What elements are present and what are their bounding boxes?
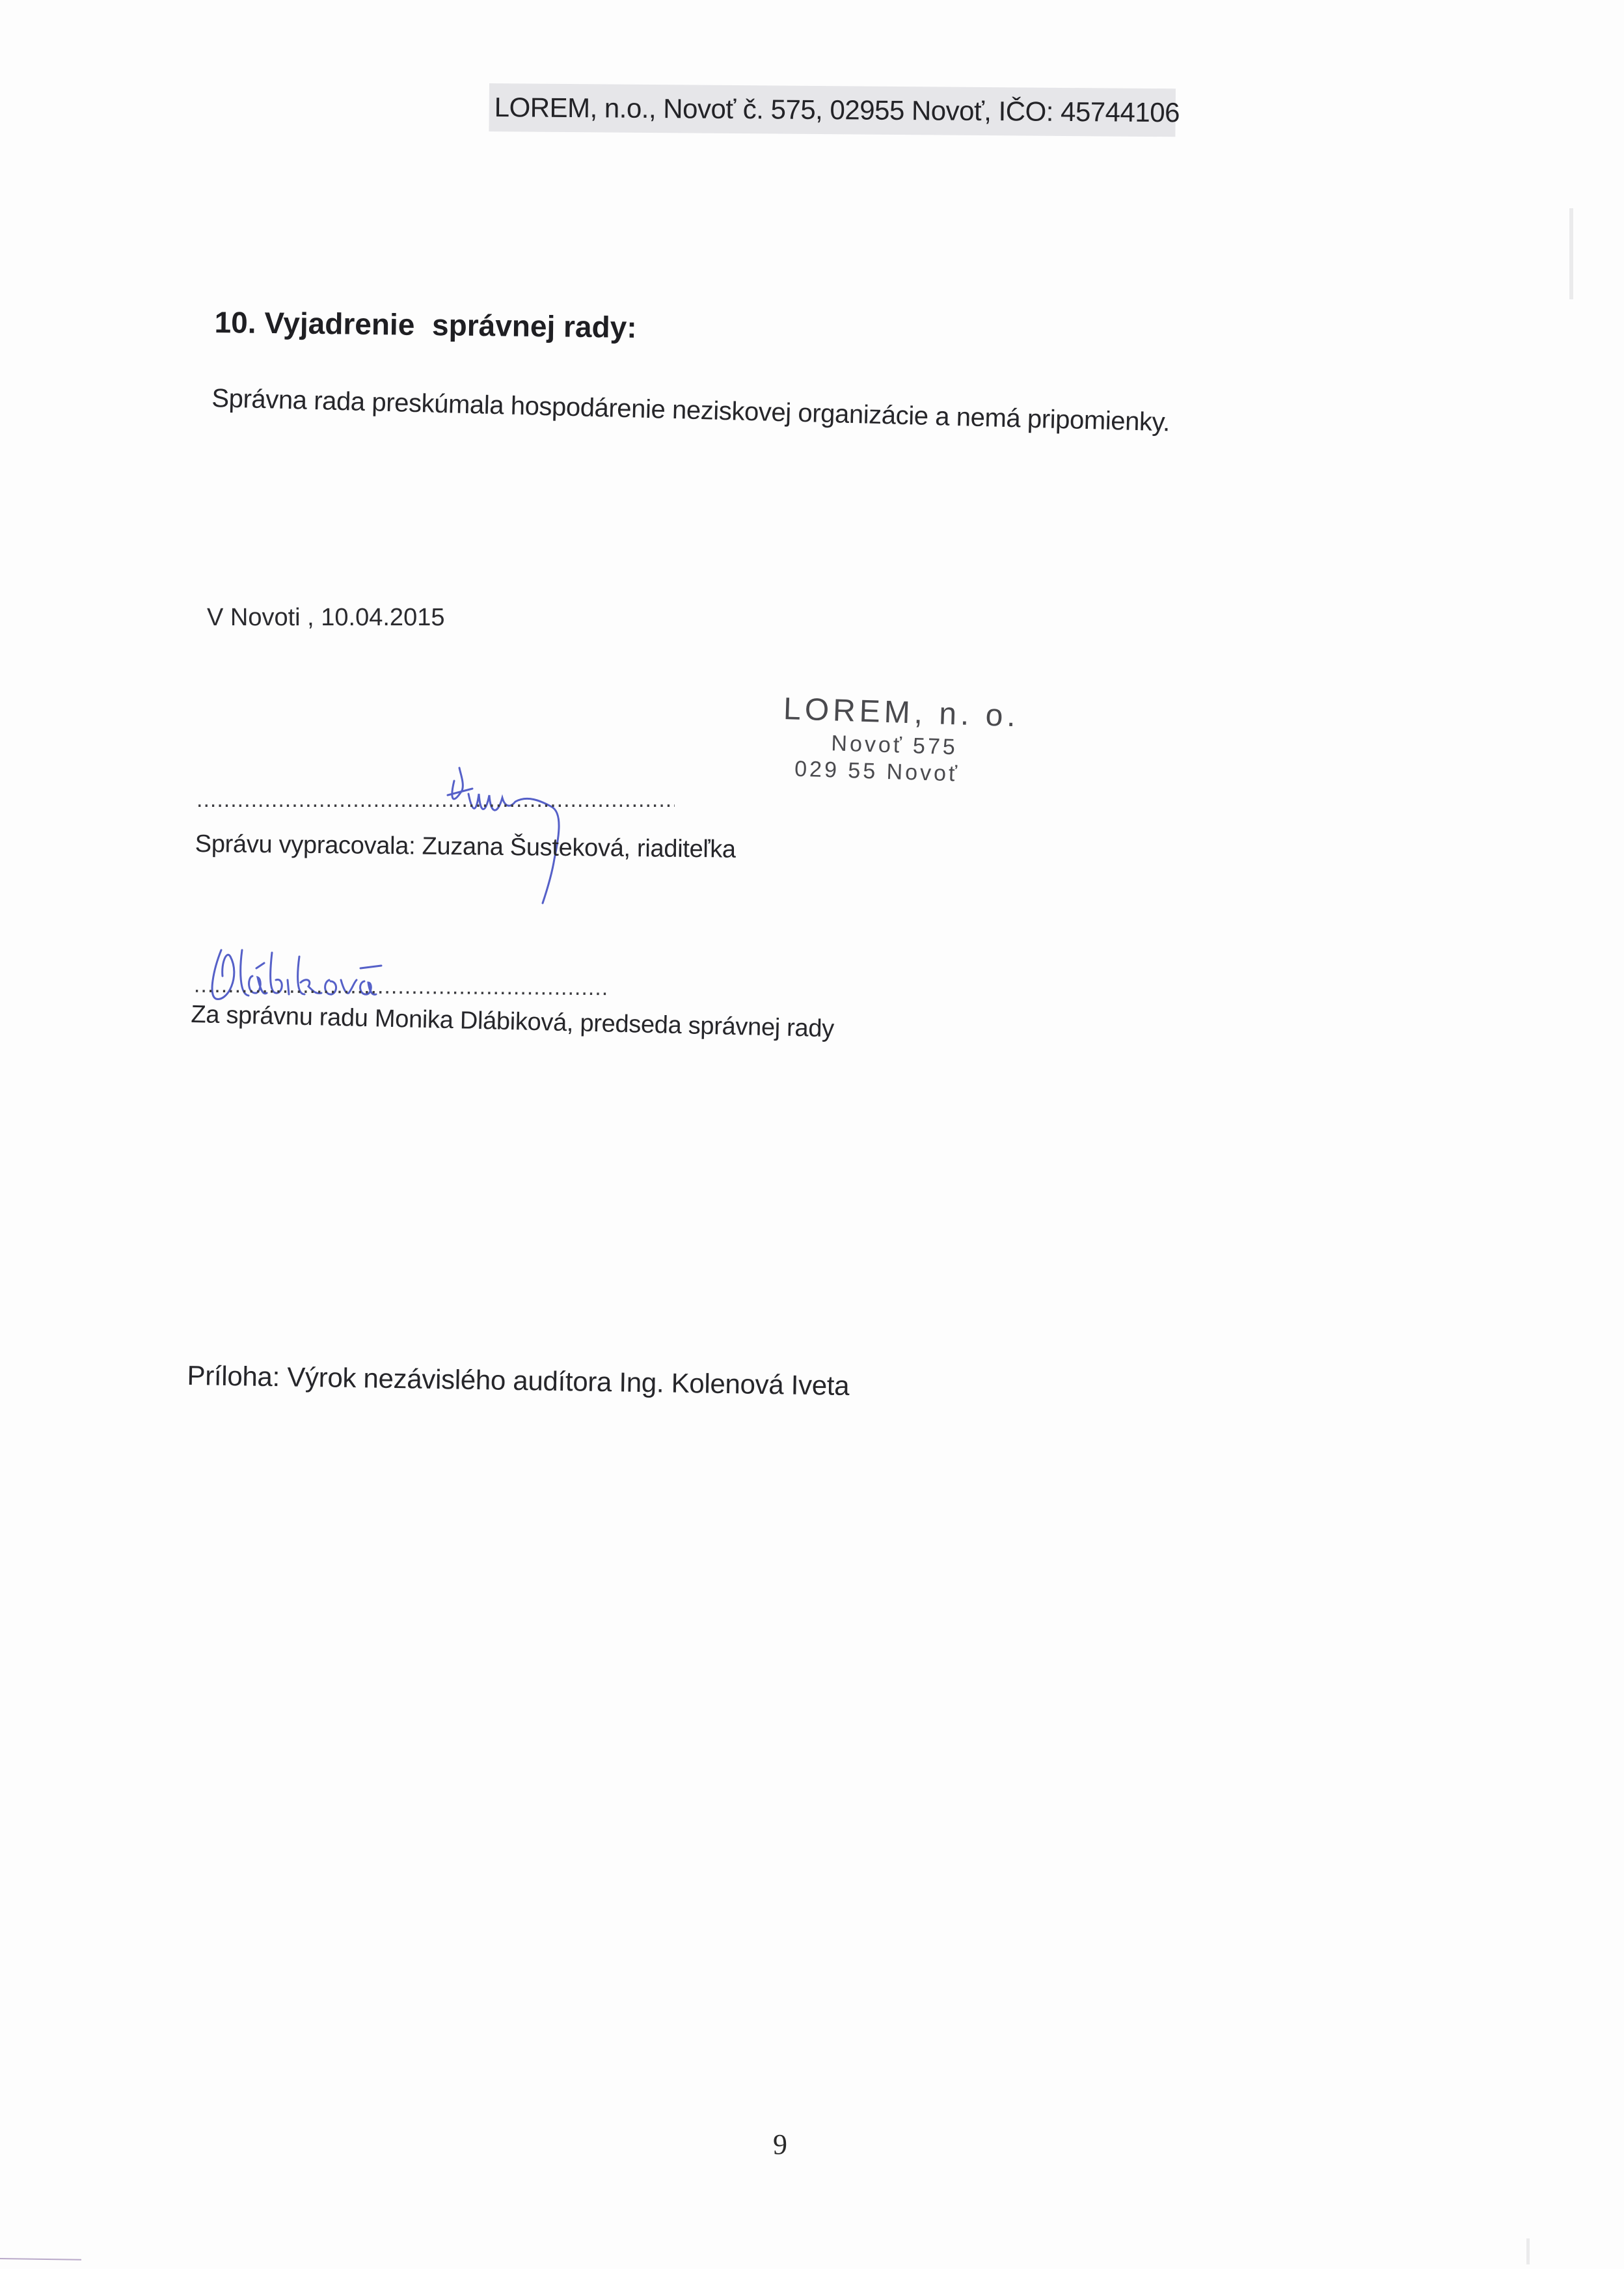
scan-artifact [1526, 2238, 1530, 2264]
section-title-part2: správnej rady: [432, 308, 637, 344]
scan-edge-line [0, 2258, 81, 2261]
annex-note: Príloha: Výrok nezávislého audítora Ing.… [187, 1360, 849, 1402]
section-number: 10. [214, 305, 256, 340]
page-number: 9 [773, 2128, 787, 2161]
stamp-line-1: LOREM, n. o. [783, 691, 1020, 734]
place-date: V Novoti , 10.04.2015 [207, 604, 444, 632]
letterhead-band: LOREM, n.o., Novoť č. 575, 02955 Novoť, … [489, 83, 1176, 137]
document-page: LOREM, n.o., Novoť č. 575, 02955 Novoť, … [0, 0, 1624, 2269]
signature-line-1: ........................................… [196, 787, 675, 813]
scan-artifact [1569, 208, 1573, 299]
stamp-line-3: 029 55 Novoť [794, 757, 1018, 789]
section-heading: 10. Vyjadrenie správnej rady: [214, 305, 637, 345]
section-body: Správna rada preskúmala hospodárenie nez… [211, 384, 1171, 437]
section-title-part1: Vyjadrenie [264, 306, 415, 342]
signature-line-2: ........................................… [194, 973, 610, 1001]
signature-caption-2: Za správnu radu Monika Dlábiková, predse… [191, 1001, 834, 1043]
organization-stamp: LOREM, n. o. Novoť 575 029 55 Novoť [781, 691, 1020, 789]
stamp-line-2: Novoť 575 [831, 731, 1019, 762]
letterhead-text: LOREM, n.o., Novoť č. 575, 02955 Novoť, … [494, 92, 1180, 128]
signature-caption-1: Správu vypracovala: Zuzana Šusteková, ri… [195, 830, 736, 864]
